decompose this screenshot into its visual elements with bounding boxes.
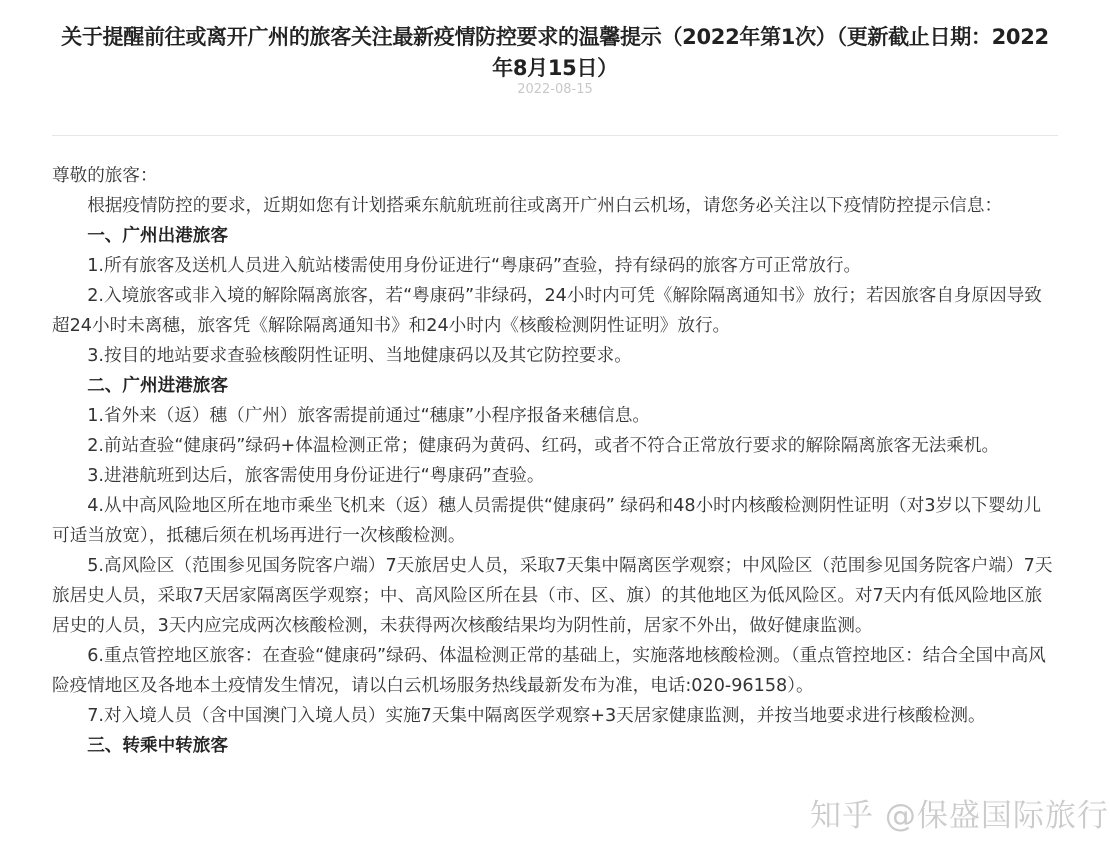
publish-date: 2022-08-15 [0,82,1110,97]
section-heading-transfer: 三、转乘中转旅客 [52,731,1054,761]
list-item: 3.进港航班到达后，旅客需使用身份证进行“粤康码”查验。 [52,461,1054,491]
list-item: 4.从中高风险地区所在地市乘坐飞机来（返）穗人员需提供“健康码” 绿码和48小时… [52,491,1054,551]
list-item: 2.前站查验“健康码”绿码+体温检测正常；健康码为黄码、红码，或者不符合正常放行… [52,431,1054,461]
section-heading-arriving: 二、广州进港旅客 [52,371,1054,401]
list-item: 2.入境旅客或非入境的解除隔离旅客，若“粤康码”非绿码，24小时内可凭《解除隔离… [52,281,1054,341]
article-title: 关于提醒前往或离开广州的旅客关注最新疫情防控要求的温馨提示（2022年第1次）（… [52,22,1058,84]
greeting: 尊敬的旅客： [52,161,1054,191]
list-item: 5.高风险区（范围参见国务院客户端）7天旅居史人员，采取7天集中隔离医学观察；中… [52,551,1054,641]
title-divider [52,135,1058,136]
watermark: 知乎 @保盛国际旅行 [810,790,1109,835]
intro-paragraph: 根据疫情防控的要求，近期如您有计划搭乘东航航班前往或离开广州白云机场，请您务必关… [52,191,1054,221]
list-item: 6.重点管控地区旅客：在查验“健康码”绿码、体温检测正常的基础上，实施落地核酸检… [52,641,1054,701]
list-item: 7.对入境人员（含中国澳门入境人员）实施7天集中隔离医学观察+3天居家健康监测，… [52,701,1054,731]
list-item: 1.所有旅客及送机人员进入航站楼需使用身份证进行“粤康码”查验，持有绿码的旅客方… [52,251,1054,281]
list-item: 1.省外来（返）穗（广州）旅客需提前通过“穗康”小程序报备来穗信息。 [52,401,1054,431]
list-item: 3.按目的地站要求查验核酸阴性证明、当地健康码以及其它防控要求。 [52,341,1054,371]
article-body: 尊敬的旅客： 根据疫情防控的要求，近期如您有计划搭乘东航航班前往或离开广州白云机… [52,161,1054,761]
section-heading-departing: 一、广州出港旅客 [52,221,1054,251]
